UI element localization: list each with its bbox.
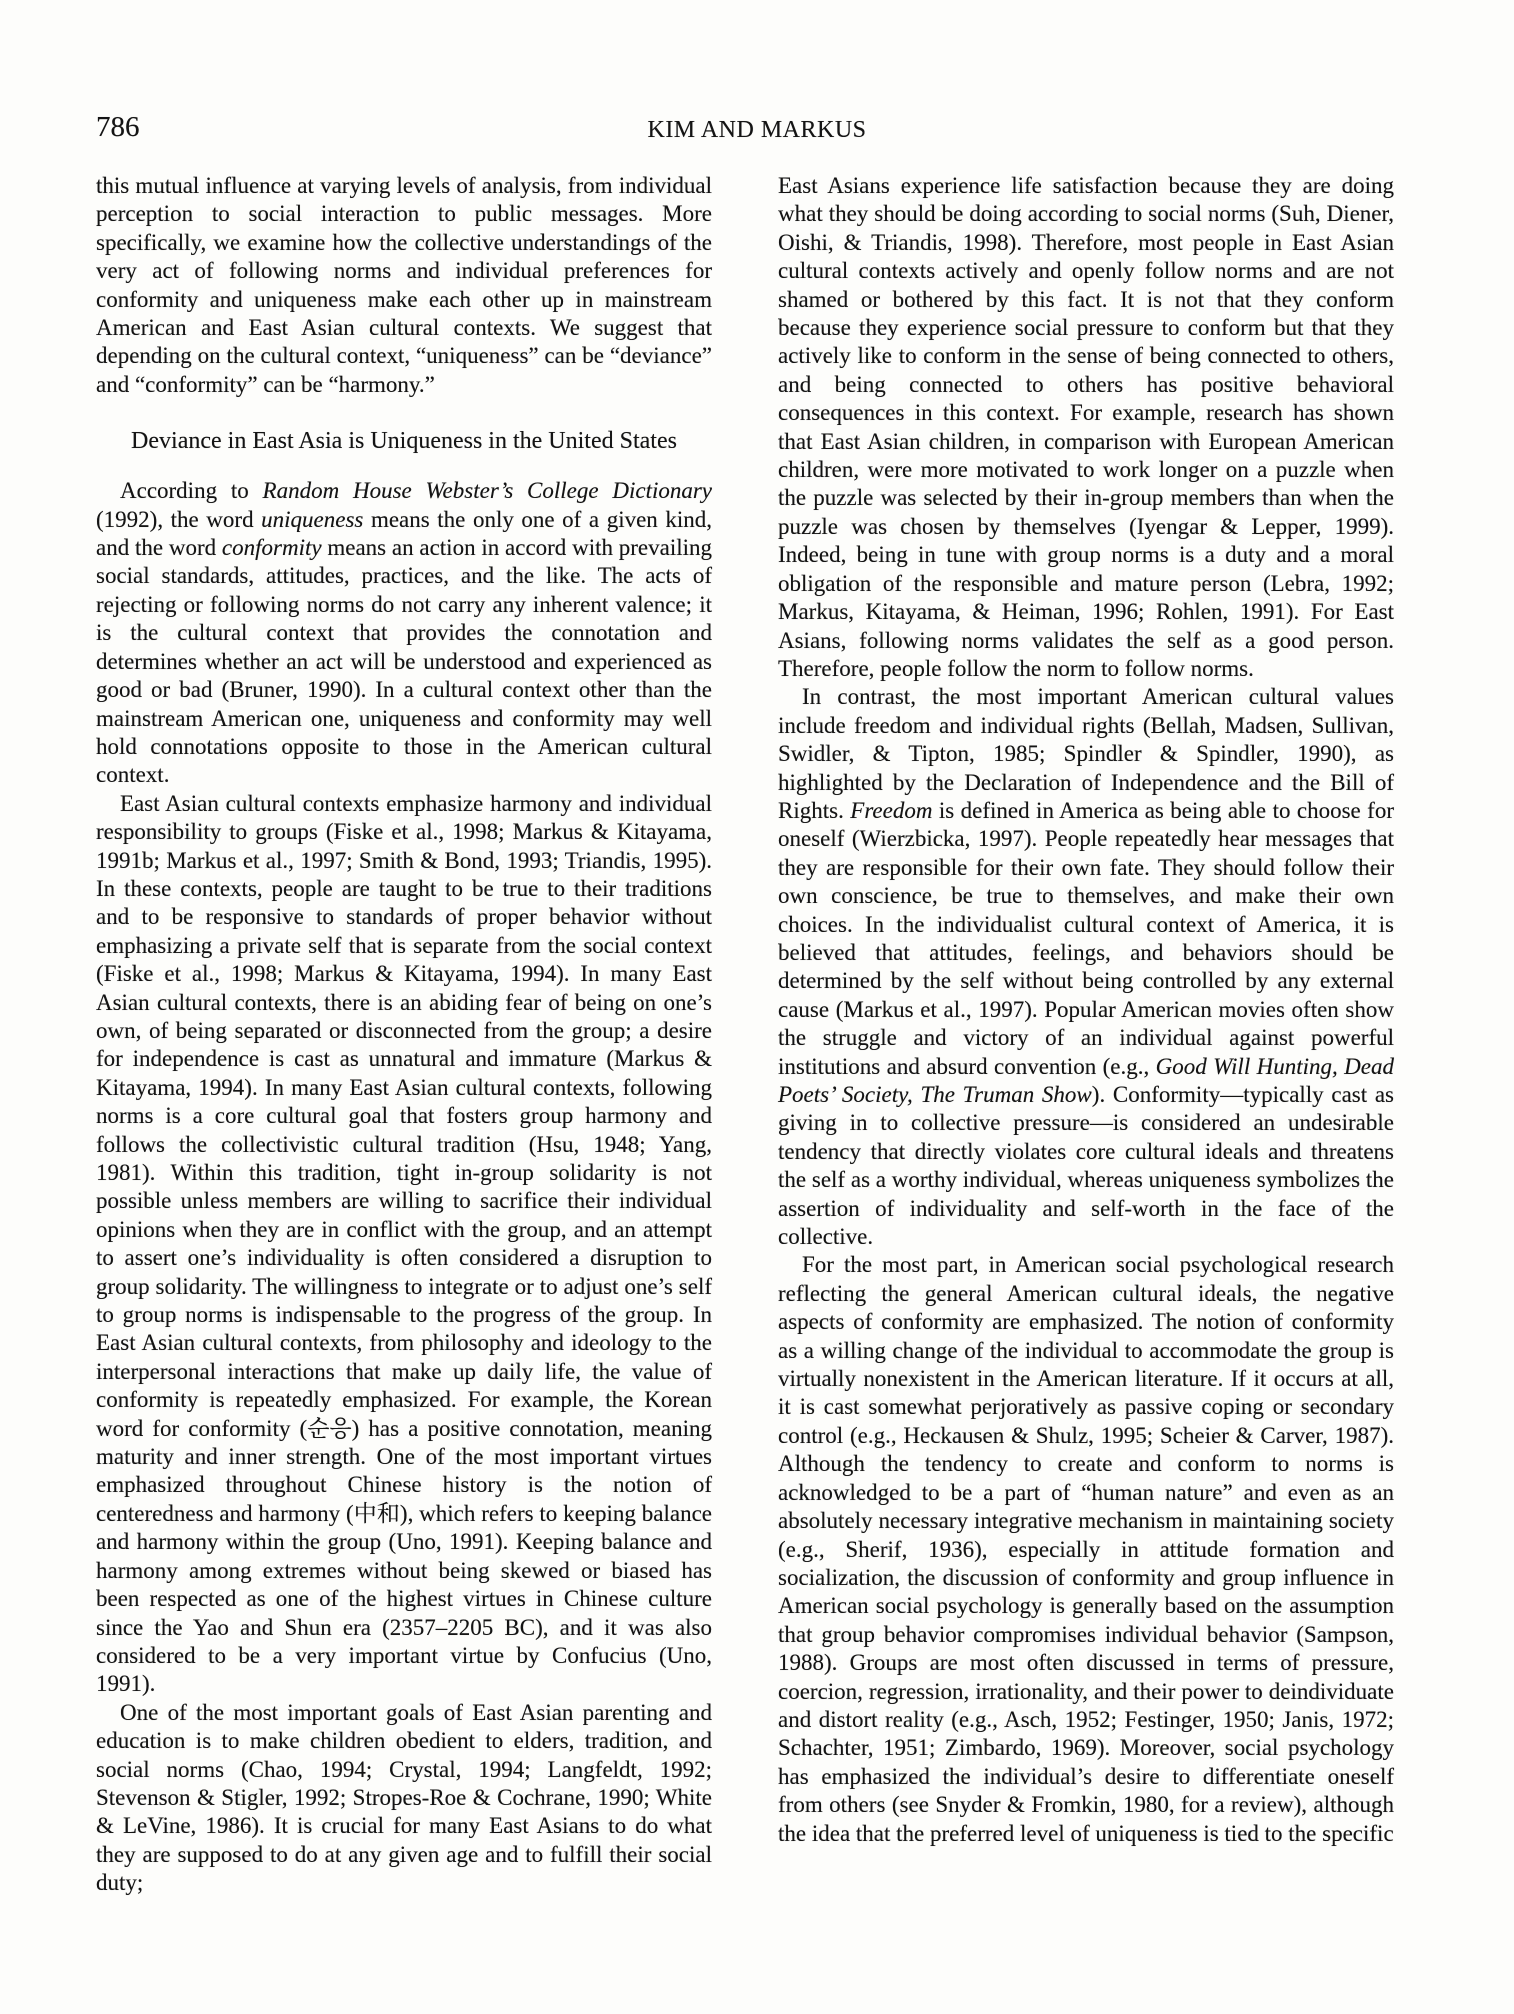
paragraph-dictionary-definitions: According to Random House Webster’s Coll… <box>96 477 712 789</box>
text-columns: this mutual influence at varying levels … <box>96 172 1394 1898</box>
page-header: 786 KIM AND MARKUS <box>0 112 1514 146</box>
paragraph-american-research: For the most part, in American social ps… <box>778 1251 1394 1848</box>
page-number: 786 <box>96 112 140 142</box>
paragraph-parenting-goals: One of the most important goals of East … <box>96 1699 712 1898</box>
paragraph-east-asian-contexts: East Asian cultural contexts emphasize h… <box>96 790 712 1699</box>
paragraph-american-values: In contrast, the most important American… <box>778 683 1394 1251</box>
running-head: KIM AND MARKUS <box>0 115 1514 145</box>
left-column: this mutual influence at varying levels … <box>96 172 712 1898</box>
continuation-paragraph-life-satisfaction: East Asians experience life satisfaction… <box>778 172 1394 683</box>
section-heading: Deviance in East Asia is Uniqueness in t… <box>106 426 702 456</box>
right-column: East Asians experience life satisfaction… <box>778 172 1394 1898</box>
continuation-paragraph: this mutual influence at varying levels … <box>96 172 712 399</box>
journal-page: 786 KIM AND MARKUS this mutual influence… <box>0 0 1514 2014</box>
